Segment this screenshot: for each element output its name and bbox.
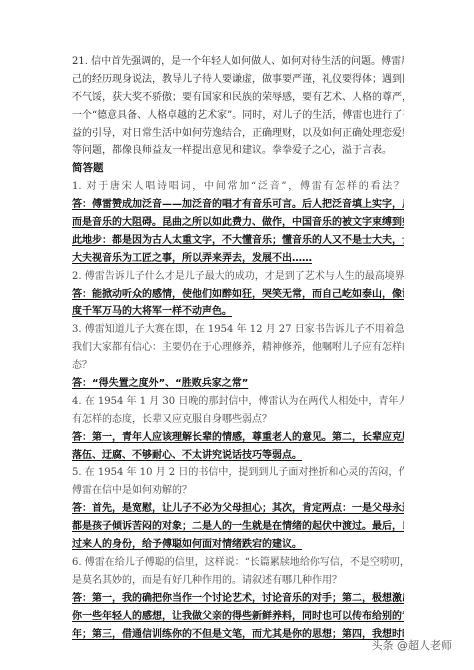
answer-line: 过来人的身份，给予傅聪如何面对情绪跌宕的建议。 (72, 536, 404, 554)
answer-line: 此地步：都是因为古人太重文字，不大懂音乐；懂音乐的人又不是士大夫，士 (72, 232, 404, 250)
text-line: 等问题，都像良师益友一样提出意见和建议。拳拳爱子之心，溢于言表。 (72, 142, 404, 160)
source-watermark: 头条 @超人老师 (372, 637, 453, 653)
answer-line: 落伍、迂腐、不够耐心、不太讲究说话技巧等弱点。 (72, 447, 404, 465)
answer-line: 答：傅雷赞成加泛音——加泛音的唱才有音乐可言。后人把泛音填上实字，反 (72, 196, 404, 214)
text-line: 21. 信中首先强调的，是一个年轻人如何做人、如何对待生活的问题。傅雷用自 (72, 53, 404, 71)
question-line: 4. 在 1954 年 1 月 30 日晚的那封信中，傅雷认为在两代人相处中，青… (72, 393, 404, 411)
answer-line: 年；第三，借通信训练你的不但是文笔，而尤其是你的思想；第四，我想时时 (72, 626, 404, 644)
qa-item-5: 5. 在 1954 年 10 月 2 日的书信中，提到到儿子面对挫折和心灵的苦闷… (72, 464, 404, 553)
text-line: 益的引导，对日常生活中如何劳逸结合，正确理财，以及如何正确处理恋爱婚姻 (72, 125, 404, 143)
question-line: 1. 对于唐宋人唱诗唱词，中间常加“泛音”，傅雷有怎样的看法？ (72, 178, 404, 196)
answer-line: 答：第一，青年人应该理解长辈的情感，尊重老人的意见。第二，长辈应克服 (72, 429, 404, 447)
question-line: 6. 傅雷在给儿子傅聪的信里，这样说：“长篇累牍地给你写信，不是空唠叨，不 (72, 554, 404, 572)
answer-line: 答：“得失置之度外”、“胜败兵家之常” (72, 375, 404, 393)
question-line: 傅雷在信中是如何劝解的？ (72, 482, 404, 500)
question-line: 态？ (72, 357, 404, 375)
answer-line: 答：能掀动听众的感情，使他们如醉如狂，哭笑无常，而自己屹如泰山，像调 (72, 286, 404, 304)
question-line: 我们大家都有信心：主要仍在于心理修养，精神修养，他嘱咐儿子应有怎样的心 (72, 339, 404, 357)
qa-item-4: 4. 在 1954 年 1 月 30 日晚的那封信中，傅雷认为在两代人相处中，青… (72, 393, 404, 465)
question-line: 5. 在 1954 年 10 月 2 日的书信中，提到到儿子面对挫折和心灵的苦闷… (72, 464, 404, 482)
answer-line: 度千军万马的大将军一样不动声色。 (72, 303, 404, 321)
qa-item-3: 3. 傅雷知道儿子大赛在即，在 1954 年 12 月 27 日家书告诉儿子不用… (72, 321, 404, 393)
question-line: 是莫名其妙的，而是有好几种作用的。请叙述有哪几种作用？ (72, 572, 404, 590)
text-line: 己的经历现身说法，教导儿子待人要谦虚，做事要严谨，礼仪要得体；遇到困境 (72, 71, 404, 89)
answer-line: 答：首先，是宽慰，让儿子不必为父母担心；其次，肯定两点：一是父母永远 (72, 500, 404, 518)
answer-line: 都是孩子倾诉苦闷的对象；二是人的一生就是在情绪的起伏中渡过。最后，以 (72, 518, 404, 536)
qa-item-6: 6. 傅雷在给儿子傅聪的信里，这样说：“长篇累牍地给你写信，不是空唠叨，不 是莫… (72, 554, 404, 643)
question-line: 有怎样的态度，长辈又应克服自身哪些弱点？ (72, 411, 404, 429)
text-line: 一个“德意具备、人格卓越的艺术家”。同时，对儿子的生活，傅雷也进行了有 (72, 107, 404, 125)
question-line: 3. 傅雷知道儿子大赛在即，在 1954 年 12 月 27 日家书告诉儿子不用… (72, 321, 404, 339)
qa-item-1: 1. 对于唐宋人唱诗唱词，中间常加“泛音”，傅雷有怎样的看法？ 答：傅雷赞成加泛… (72, 178, 404, 267)
answer-line: 大夫视音乐为工匠之事，所以弄来弄去，发展不出…… (72, 250, 404, 268)
section-title: 简答题 (72, 160, 404, 178)
answer-line: 你一些年轻人的感想，让我做父亲的得些新鲜养料，同时也可以传布给别的青 (72, 608, 404, 626)
qa-item-2: 2. 傅雷告诉儿子什么才是儿子最大的成功，才是到了艺术与人生的最高境界？ 答：能… (72, 268, 404, 322)
answer-line: 而是音乐的大阻碍。昆曲之所以如此费力、做作，中国音乐的被文字束缚到如 (72, 214, 404, 232)
document-page: 21. 信中首先强调的，是一个年轻人如何做人、如何对待生活的问题。傅雷用自 己的… (72, 53, 404, 643)
text-line: 不气馁，获大奖不骄傲；要有国家和民族的荣辱感，要有艺术、人格的尊严，做 (72, 89, 404, 107)
answer-line: 答：第一，我的确把你当作一个讨论艺术，讨论音乐的对手；第二，极想激出 (72, 590, 404, 608)
paragraph-21: 21. 信中首先强调的，是一个年轻人如何做人、如何对待生活的问题。傅雷用自 己的… (72, 53, 404, 160)
question-line: 2. 傅雷告诉儿子什么才是儿子最大的成功，才是到了艺术与人生的最高境界？ (72, 268, 404, 286)
